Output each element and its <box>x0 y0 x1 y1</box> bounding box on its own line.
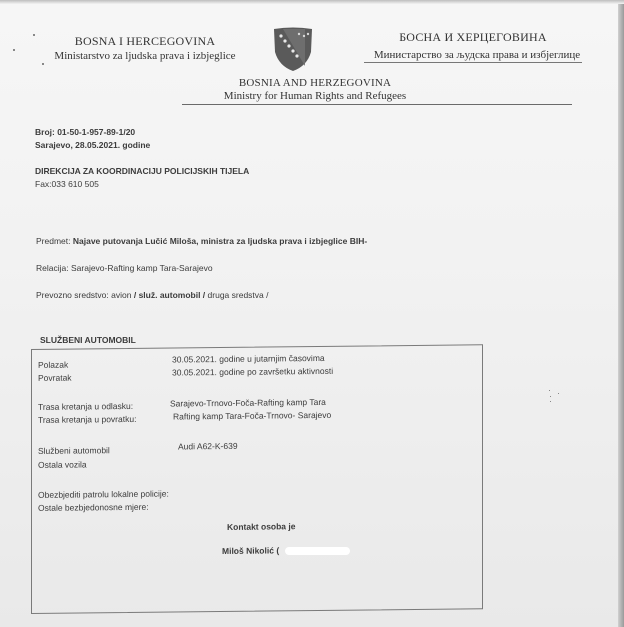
letterhead-right: БОСНА И ХЕРЦЕГОВИНА Министарство за људс… <box>328 30 618 63</box>
route-label: Relacija: <box>36 263 69 273</box>
letterhead-left-country: BOSNA I HERCEGOVINA <box>40 34 250 49</box>
official-car-value: Audi A62-K-639 <box>178 441 238 452</box>
official-car-label: Službeni automobil <box>38 445 110 456</box>
scan-speck <box>33 34 35 36</box>
police-patrol-label: Obezbjediti patrolu lokalne policije: <box>38 489 169 500</box>
route-back-label: Trasa kretanja u povratku: <box>38 414 136 425</box>
security-measures-label: Ostale bezbjedonosne mjere: <box>38 502 149 513</box>
other-vehicles-label: Ostala vozila <box>38 459 87 470</box>
route-text: Sarajevo-Rafting kamp Tara-Sarajevo <box>71 263 213 273</box>
scan-speck <box>549 390 550 391</box>
letterhead-right-country: БОСНА И ХЕРЦЕГОВИНА <box>328 30 618 45</box>
document-page: BOSNA I HERCEGOVINA Ministarstvo za ljud… <box>0 0 618 627</box>
page-top-shadow <box>0 0 624 4</box>
route-line: Relacija: Sarajevo-Rafting kamp Tara-Sar… <box>36 263 213 273</box>
contact-name: Miloš Nikolić ( <box>222 545 279 556</box>
departure-label: Polazak <box>38 360 68 370</box>
letterhead-center-ministry: Ministry for Human Rights and Refugees <box>180 90 450 102</box>
subject-line: Predmet: Najave putovanja Lučić Miloša, … <box>36 236 367 246</box>
departure-value: 30.05.2021. godine u jutarnjim časovima <box>172 353 325 365</box>
return-label: Povratak <box>38 373 72 383</box>
scan-speck <box>558 393 559 394</box>
letterhead-divider <box>182 104 572 105</box>
transport-label: Prevozno sredstvo: <box>36 290 109 300</box>
subject-text: Najave putovanja Lučić Miloša, ministra … <box>73 236 367 246</box>
reference-number: Broj: 01-50-1-957-89-1/20 <box>35 127 135 137</box>
page-edge-shadow <box>618 0 624 627</box>
transport-option-plane: avion <box>111 290 131 300</box>
letterhead-left: BOSNA I HERCEGOVINA Ministarstvo za ljud… <box>40 34 250 62</box>
reference-place-date: Sarajevo, 28.05.2021. godine <box>35 140 150 150</box>
transport-separator: / <box>200 290 207 300</box>
letterhead-left-ministry: Ministarstvo za ljudska prava i izbjegli… <box>40 50 250 62</box>
section-title: SLUŽBENI AUTOMOBIL <box>40 335 136 345</box>
route-out-label: Trasa kretanja u odlasku: <box>38 401 133 412</box>
scan-speck <box>550 396 551 397</box>
return-value: 30.05.2021. godine po završetku aktivnos… <box>172 366 333 378</box>
recipient-fax: Fax:033 610 505 <box>35 179 99 189</box>
transport-line: Prevozno sredstvo: avion / služ. automob… <box>36 290 268 300</box>
coat-of-arms-icon <box>271 26 315 72</box>
scan-speck <box>42 63 44 65</box>
letterhead-center-country: BOSNIA AND HERZEGOVINA <box>180 77 450 89</box>
subject-label: Predmet: <box>36 236 71 246</box>
recipient-name: DIREKCIJA ZA KOORDINACIJU POLICIJSKIH TI… <box>35 166 249 176</box>
transport-option-other: druga sredstva / <box>208 290 269 300</box>
letterhead-center: BOSNIA AND HERZEGOVINA Ministry for Huma… <box>180 77 450 102</box>
contact-heading: Kontakt osoba je <box>227 521 295 532</box>
redacted-phone <box>285 547 350 555</box>
travel-details-box: Polazak 30.05.2021. godine u jutarnjim č… <box>31 344 483 614</box>
transport-separator: / <box>131 290 138 300</box>
scan-speck <box>13 49 15 51</box>
scan-speck <box>550 401 551 402</box>
route-out-value: Sarajevo-Trnovo-Foča-Rafting kamp Tara <box>170 397 326 409</box>
route-back-value: Rafting kamp Tara-Foča-Trnovo- Sarajevo <box>173 410 331 422</box>
letterhead-right-ministry: Министарство за људска права и избјеглиц… <box>364 49 582 63</box>
transport-option-official-car: služ. automobil <box>139 290 201 300</box>
